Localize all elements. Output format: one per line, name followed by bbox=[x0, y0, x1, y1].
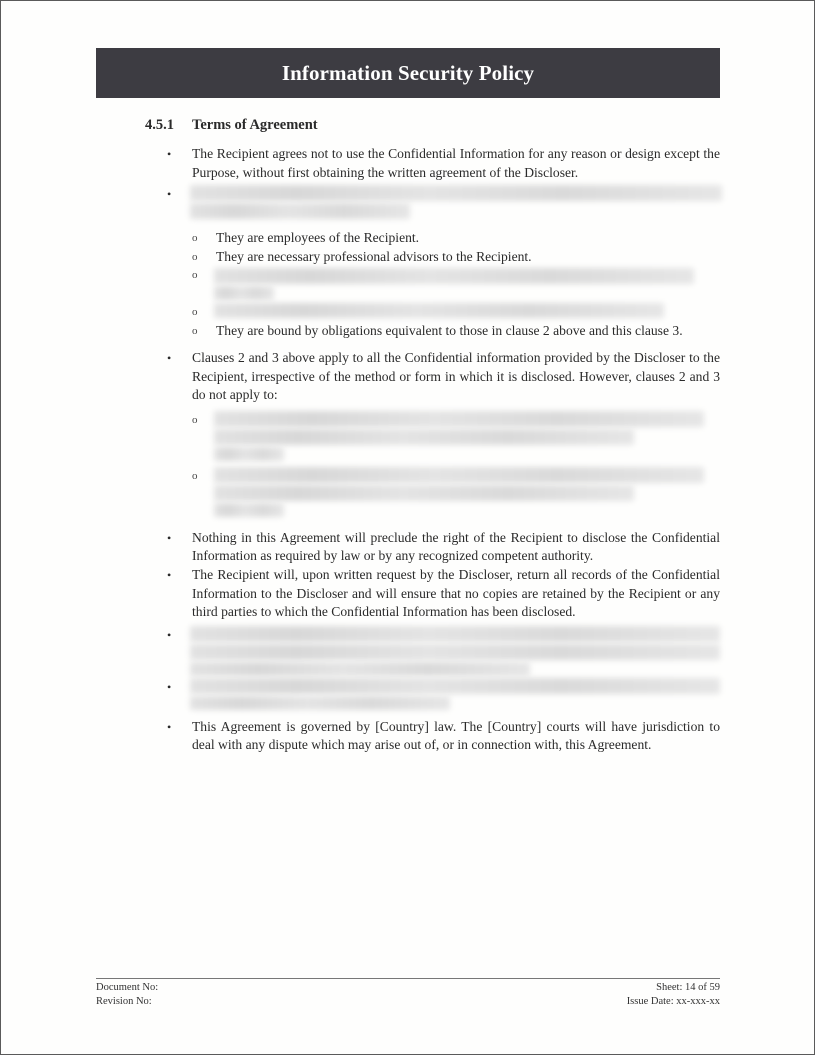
section-heading: 4.5.1Terms of Agreement bbox=[145, 117, 318, 134]
sub-list: o o bbox=[188, 411, 720, 523]
redacted-text bbox=[214, 485, 634, 501]
sub-item-text: They are employees of the Recipient. bbox=[216, 230, 419, 245]
list-item-text: Nothing in this Agreement will preclude … bbox=[192, 530, 720, 564]
bullet-icon: • bbox=[167, 626, 171, 645]
footer-left: Document No: Revision No: bbox=[96, 981, 158, 1009]
terms-list: • The Recipient agrees not to use the Co… bbox=[164, 145, 720, 755]
sub-list: o They are employees of the Recipient. o… bbox=[188, 229, 720, 341]
bullet-icon: • bbox=[167, 185, 171, 204]
bullet-icon: • bbox=[167, 566, 171, 585]
redacted-text bbox=[190, 696, 450, 710]
bullet-icon: • bbox=[167, 678, 171, 697]
header-banner: Information Security Policy bbox=[96, 48, 720, 98]
list-item: • This Agreement is governed by [Country… bbox=[164, 718, 720, 755]
sub-list-item: o They are employees of the Recipient. bbox=[188, 229, 720, 248]
redacted-text bbox=[214, 503, 284, 517]
list-item-text: The Recipient will, upon written request… bbox=[192, 567, 720, 619]
list-item: • The Recipient agrees not to use the Co… bbox=[164, 145, 720, 182]
list-item-text: This Agreement is governed by [Country] … bbox=[192, 719, 720, 753]
redacted-text bbox=[214, 303, 664, 318]
document-no-label: Document No: bbox=[96, 981, 158, 995]
redacted-text bbox=[192, 183, 720, 225]
bullet-icon: • bbox=[167, 529, 171, 548]
redacted-text bbox=[214, 411, 704, 427]
sub-item-text: They are bound by obligations equivalent… bbox=[216, 323, 683, 338]
redacted-text bbox=[190, 678, 720, 694]
sub-list-item-redacted: o bbox=[188, 467, 720, 523]
redacted-text bbox=[214, 447, 284, 461]
footer-right: Sheet: 14 of 59 Issue Date: xx-xxx-xx bbox=[627, 981, 720, 1009]
circle-bullet-icon: o bbox=[192, 266, 198, 285]
sub-list-item: o They are necessary professional adviso… bbox=[188, 248, 720, 267]
bullet-icon: • bbox=[167, 145, 171, 164]
redacted-text bbox=[214, 467, 704, 483]
section-title: Terms of Agreement bbox=[192, 117, 318, 133]
list-item: • Clauses 2 and 3 above apply to all the… bbox=[164, 349, 720, 405]
redacted-text bbox=[214, 286, 274, 300]
sub-list-item-redacted: o bbox=[188, 266, 720, 303]
list-item-redacted: • bbox=[164, 183, 720, 225]
circle-bullet-icon: o bbox=[192, 411, 198, 430]
circle-bullet-icon: o bbox=[192, 303, 198, 322]
sheet-number: Sheet: 14 of 59 bbox=[627, 981, 720, 995]
sub-list-item: o They are bound by obligations equivale… bbox=[188, 322, 720, 341]
circle-bullet-icon: o bbox=[192, 322, 198, 341]
circle-bullet-icon: o bbox=[192, 467, 198, 486]
sub-item-text: They are necessary professional advisors… bbox=[216, 249, 532, 264]
revision-no-label: Revision No: bbox=[96, 995, 158, 1009]
document-title: Information Security Policy bbox=[282, 61, 534, 86]
list-item-redacted: • bbox=[164, 622, 720, 678]
bullet-icon: • bbox=[167, 349, 171, 368]
bullet-icon: • bbox=[167, 718, 171, 737]
list-item-redacted: • bbox=[164, 678, 720, 716]
circle-bullet-icon: o bbox=[192, 248, 198, 267]
list-item: • Nothing in this Agreement will preclud… bbox=[164, 529, 720, 566]
footer-divider bbox=[96, 978, 720, 979]
section-number: 4.5.1 bbox=[145, 117, 192, 134]
list-item: • The Recipient will, upon written reque… bbox=[164, 566, 720, 622]
redacted-text bbox=[214, 429, 634, 445]
redacted-text bbox=[190, 626, 720, 642]
list-item-text: The Recipient agrees not to use the Conf… bbox=[192, 146, 720, 180]
redacted-text bbox=[214, 268, 694, 284]
page-footer: Document No: Revision No: Sheet: 14 of 5… bbox=[96, 981, 720, 1009]
sub-list-item-redacted: o bbox=[188, 411, 720, 467]
sub-list-item-redacted: o bbox=[188, 303, 720, 322]
redacted-text bbox=[190, 644, 720, 660]
list-item-text: Clauses 2 and 3 above apply to all the C… bbox=[192, 350, 720, 402]
issue-date: Issue Date: xx-xxx-xx bbox=[627, 995, 720, 1009]
redacted-text bbox=[190, 662, 530, 676]
circle-bullet-icon: o bbox=[192, 229, 198, 248]
